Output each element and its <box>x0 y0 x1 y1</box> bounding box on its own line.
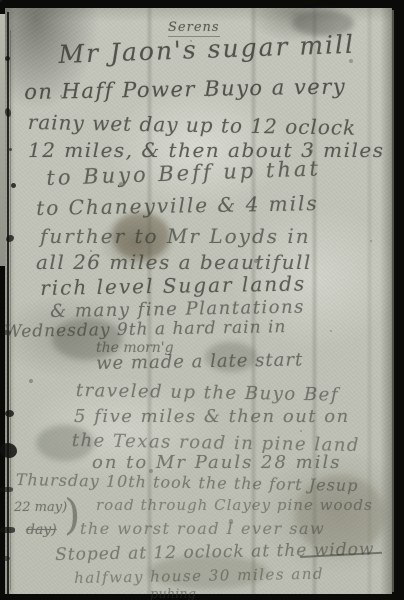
journal-line: the worst road I ever saw <box>80 519 325 538</box>
margin-date-note: 22 may) <box>14 500 67 515</box>
paper-speckles <box>0 0 2 2</box>
journal-line: all 26 miles a beautifull <box>36 250 312 274</box>
journal-page-scan: Serens Mr Jaon's sugar mill on Haff Powe… <box>0 0 404 600</box>
journal-line: 12 miles, & then about 3 miles <box>28 138 385 162</box>
ink-blot <box>0 443 17 458</box>
journal-line: on to Mr Pauls 28 mils <box>92 452 342 473</box>
stitch-mark <box>11 183 16 188</box>
ink-blot <box>0 487 13 492</box>
journal-line-partial: puhing <box>150 587 196 600</box>
journal-line: we made a late start <box>96 349 303 374</box>
page-right-edge <box>391 10 394 592</box>
ink-blot <box>0 527 15 533</box>
ink-blot <box>2 556 10 561</box>
binding-edge-line <box>7 12 9 594</box>
stitch-mark <box>5 56 10 61</box>
stitch-mark <box>9 148 12 151</box>
journal-line: to Chaneyville & 4 mils <box>36 191 319 220</box>
journal-line: 5 five miles & then out on <box>74 406 350 427</box>
facing-page-edge <box>0 14 5 266</box>
margin-note-struck: day) <box>26 522 57 538</box>
ink-blot <box>5 108 11 117</box>
margin-bracket: ) <box>64 490 80 539</box>
journal-line: further to Mr Loyds in <box>40 224 311 248</box>
ink-blot <box>5 410 14 417</box>
journal-line: rich level Sugar lands <box>40 271 306 300</box>
journal-line: road through Clayey pine woods <box>96 496 373 514</box>
